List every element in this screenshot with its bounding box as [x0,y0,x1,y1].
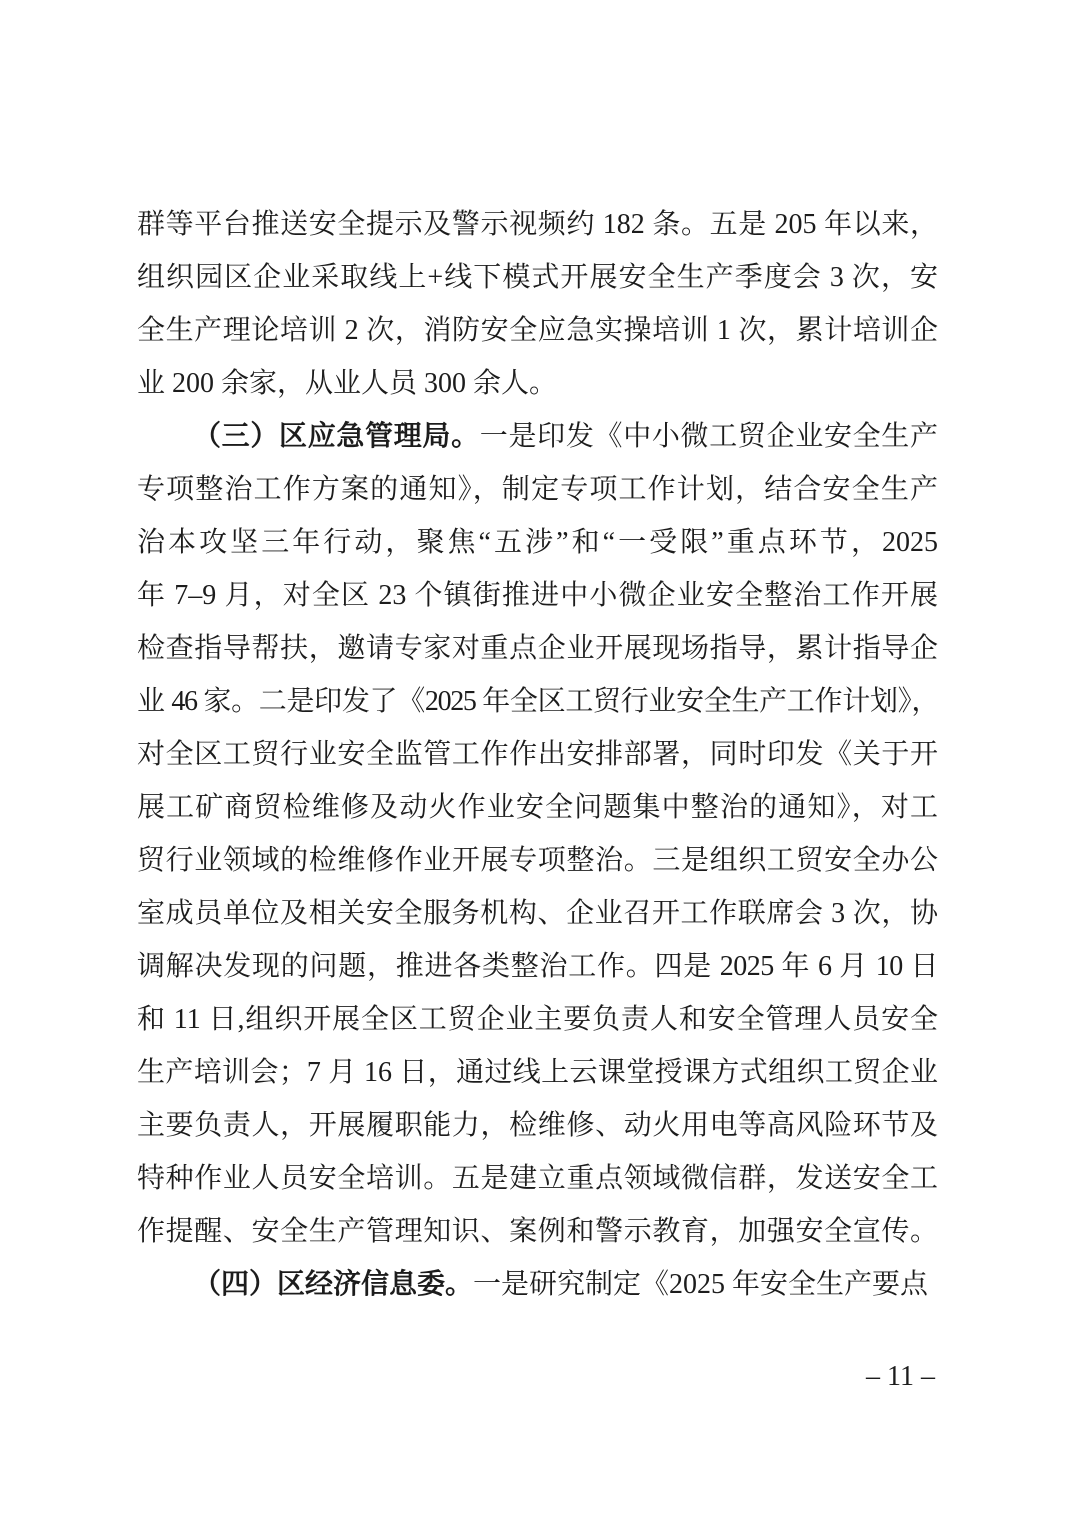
section-heading: （三）区应急管理局。 [193,421,480,452]
text-line: 业 200 余家，从业人员 300 余人。 [137,357,938,410]
text-line: 展工矿商贸检维修及动火作业安全问题集中整治的通知》，对工 [137,781,938,834]
text-run: 作提醒、安全生产管理知识、案例和警示教育，加强安全宣传。 [137,1216,938,1247]
document-body: 群等平台推送安全提示及警示视频约 182 条。五是 205 年以来，组织园区企业… [137,198,938,1311]
text-run: 一是研究制定《2025 年安全生产要点 [473,1269,928,1300]
text-run: 全生产理论培训 2 次，消防安全应急实操培训 1 次，累计培训企 [137,315,938,346]
text-run: 组织园区企业采取线上+线下模式开展安全生产季度会 3 次，安 [137,262,938,293]
text-line: 主要负责人，开展履职能力，检维修、动火用电等高风险环节及 [137,1099,938,1152]
text-line: 生产培训会；7 月 16 日，通过线上云课堂授课方式组织工贸企业 [137,1046,938,1099]
document-page: 群等平台推送安全提示及警示视频约 182 条。五是 205 年以来，组织园区企业… [0,0,1074,1520]
text-run: 展工矿商贸检维修及动火作业安全问题集中整治的通知》，对工 [137,792,938,823]
text-line: 年 7–9 月，对全区 23 个镇街推进中小微企业安全整治工作开展 [137,569,938,622]
text-line: 组织园区企业采取线上+线下模式开展安全生产季度会 3 次，安 [137,251,938,304]
text-run: 年 7–9 月，对全区 23 个镇街推进中小微企业安全整治工作开展 [137,580,938,611]
text-line: （四）区经济信息委。一是研究制定《2025 年安全生产要点 [137,1258,938,1311]
text-line: 对全区工贸行业安全监管工作作出安排部署，同时印发《关于开 [137,728,938,781]
text-run: 群等平台推送安全提示及警示视频约 182 条。五是 205 年以来， [137,209,938,240]
text-line: 全生产理论培训 2 次，消防安全应急实操培训 1 次，累计培训企 [137,304,938,357]
text-line: 和 11 日,组织开展全区工贸企业主要负责人和安全管理人员安全 [137,993,938,1046]
text-run: 生产培训会；7 月 16 日，通过线上云课堂授课方式组织工贸企业 [137,1057,938,1088]
text-run: 专项整治工作方案的通知》，制定专项工作计划，结合安全生产 [137,474,938,505]
text-line: 检查指导帮扶，邀请专家对重点企业开展现场指导，累计指导企 [137,622,938,675]
text-run: 贸行业领域的检维修作业开展专项整治。三是组织工贸安全办公 [137,845,938,876]
text-line: 特种作业人员安全培训。五是建立重点领域微信群，发送安全工 [137,1152,938,1205]
text-run: 室成员单位及相关安全服务机构、企业召开工作联席会 3 次，协 [137,898,938,929]
text-run: 特种作业人员安全培训。五是建立重点领域微信群，发送安全工 [137,1163,938,1194]
text-line: 群等平台推送安全提示及警示视频约 182 条。五是 205 年以来， [137,198,938,251]
text-line: 业 46 家。二是印发了《2025 年全区工贸行业安全生产工作计划》， [137,675,938,728]
text-run: 调解决发现的问题，推进各类整治工作。四是 2025 年 6 月 10 日 [137,951,938,982]
text-line: 室成员单位及相关安全服务机构、企业召开工作联席会 3 次，协 [137,887,938,940]
text-run: 治本攻坚三年行动，聚焦“五涉”和“一受限”重点环节，2025 [137,527,938,558]
text-run: 检查指导帮扶，邀请专家对重点企业开展现场指导，累计指导企 [137,633,938,664]
text-run: 主要负责人，开展履职能力，检维修、动火用电等高风险环节及 [137,1110,938,1141]
text-line: （三）区应急管理局。一是印发《中小微工贸企业安全生产 [137,410,938,463]
section-heading: （四）区经济信息委。 [193,1269,473,1300]
text-line: 作提醒、安全生产管理知识、案例和警示教育，加强安全宣传。 [137,1205,938,1258]
text-line: 专项整治工作方案的通知》，制定专项工作计划，结合安全生产 [137,463,938,516]
text-run: 和 11 日,组织开展全区工贸企业主要负责人和安全管理人员安全 [137,1004,938,1035]
text-line: 贸行业领域的检维修作业开展专项整治。三是组织工贸安全办公 [137,834,938,887]
text-line: 调解决发现的问题，推进各类整治工作。四是 2025 年 6 月 10 日 [137,940,938,993]
text-run: 一是印发《中小微工贸企业安全生产 [480,421,938,452]
text-line: 治本攻坚三年行动，聚焦“五涉”和“一受限”重点环节，2025 [137,516,938,569]
page-number: – 11 – [866,1360,935,1394]
text-run: 业 46 家。二是印发了《2025 年全区工贸行业安全生产工作计划》， [137,686,938,717]
text-run: 对全区工贸行业安全监管工作作出安排部署，同时印发《关于开 [137,739,938,770]
text-run: 业 200 余家，从业人员 300 余人。 [137,368,557,399]
